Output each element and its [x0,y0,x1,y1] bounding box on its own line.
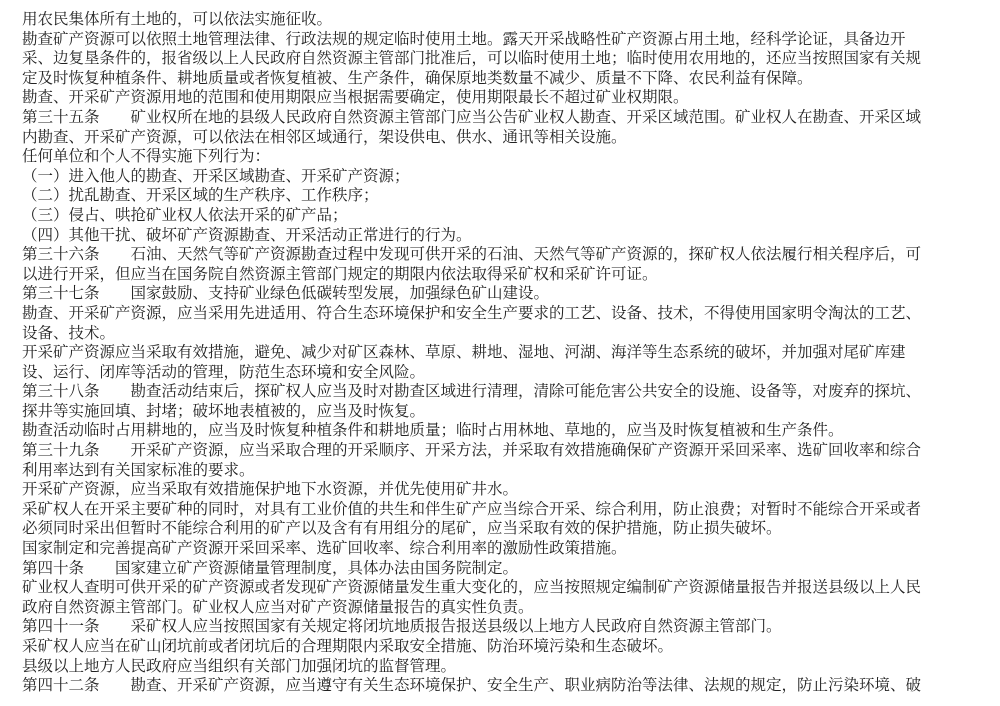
text-line: 利用率达到有关国家标准的要求。 [22,461,992,481]
list-item: （一）进入他人的勘查、开采区域勘查、开采矿产资源； [22,167,992,187]
text-line: 探井等实施回填、封堵；破坏地表植被的，应当及时恢复。 [22,402,992,422]
text-line: 定及时恢复种植条件、耕地质量或者恢复植被、生产条件，确保原地类数量不减少、质量不… [22,69,992,89]
list-item: （四）其他干扰、破坏矿产资源勘查、开采活动正常进行的行为。 [22,226,992,246]
text-line: 必须同时采出但暂时不能综合利用的矿产以及含有有用组分的尾矿，应当采取有效的保护措… [22,519,992,539]
text-line: 设、运行、闭库等活动的管理，防范生态环境和安全风险。 [22,363,992,383]
text-line: 以进行开采，但应当在国务院自然资源主管部门规定的期限内依法取得采矿权和采矿许可证… [22,265,992,285]
article-heading-line: 第三十六条 石油、天然气等矿产资源勘查过程中发现可供开采的石油、天然气等矿产资源… [22,245,992,265]
text-line: 开采矿产资源应当采取有效措施，避免、减少对矿区森林、草原、耕地、湿地、河湖、海洋… [22,343,992,363]
text-line: 采矿权人应当在矿山闭坑前或者闭坑后的合理期限内采取安全措施、防治环境污染和生态破… [22,637,992,657]
text-line: 国家制定和完善提高矿产资源开采回采率、选矿回收率、综合利用率的激励性政策措施。 [22,539,992,559]
article-heading-line: 第四十二条 勘查、开采矿产资源，应当遵守有关生态环境保护、安全生产、职业病防治等… [22,676,992,696]
text-line: 采矿权人在开采主要矿种的同时，对具有工业价值的共生和伴生矿产应当综合开采、综合利… [22,500,992,520]
text-line: 开采矿产资源，应当采取有效措施保护地下水资源，并优先使用矿井水。 [22,480,992,500]
article-heading-line: 第四十条 国家建立矿产资源储量管理制度，具体办法由国务院制定。 [22,559,992,579]
article-heading-line: 第三十七条 国家鼓励、支持矿业绿色低碳转型发展，加强绿色矿山建设。 [22,284,992,304]
text-line: 采、边复垦条件的，报省级以上人民政府自然资源主管部门批准后，可以临时使用土地；临… [22,49,992,69]
text-line: 内勘查、开采矿产资源，可以依法在相邻区域通行，架设供电、供水、通讯等相关设施。 [22,128,992,148]
list-item: （三）侵占、哄抢矿业权人依法开采的矿产品； [22,206,992,226]
text-line: 政府自然资源主管部门。矿业权人应当对矿产资源储量报告的真实性负责。 [22,598,992,618]
text-line: 设备、技术。 [22,324,992,344]
text-line: 勘查、开采矿产资源，应当采用先进适用、符合生态环境保护和安全生产要求的工艺、设备… [22,304,992,324]
text-line: 任何单位和个人不得实施下列行为： [22,147,992,167]
article-heading-line: 第三十八条 勘查活动结束后，探矿权人应当及时对勘查区域进行清理，清除可能危害公共… [22,382,992,402]
text-line: 矿业权人查明可供开采的矿产资源或者发现矿产资源储量发生重大变化的，应当按照规定编… [22,578,992,598]
document-body: 用农民集体所有土地的，可以依法实施征收。 勘查矿产资源可以依照土地管理法律、行政… [22,10,992,696]
text-line: 勘查活动临时占用耕地的，应当及时恢复种植条件和耕地质量；临时占用林地、草地的，应… [22,421,992,441]
text-line: 勘查矿产资源可以依照土地管理法律、行政法规的规定临时使用土地。露天开采战略性矿产… [22,30,992,50]
article-heading-line: 第三十五条 矿业权所在地的县级人民政府自然资源主管部门应当公告矿业权人勘查、开采… [22,108,992,128]
text-line: 县级以上地方人民政府应当组织有关部门加强闭坑的监督管理。 [22,657,992,677]
article-heading-line: 第四十一条 采矿权人应当按照国家有关规定将闭坑地质报告报送县级以上地方人民政府自… [22,617,992,637]
article-heading-line: 第三十九条 开采矿产资源，应当采取合理的开采顺序、开采方法，并采取有效措施确保矿… [22,441,992,461]
text-line: 用农民集体所有土地的，可以依法实施征收。 [22,10,992,30]
text-line: 勘查、开采矿产资源用地的范围和使用期限应当根据需要确定，使用期限最长不超过矿业权… [22,88,992,108]
list-item: （二）扰乱勘查、开采区域的生产秩序、工作秩序； [22,186,992,206]
